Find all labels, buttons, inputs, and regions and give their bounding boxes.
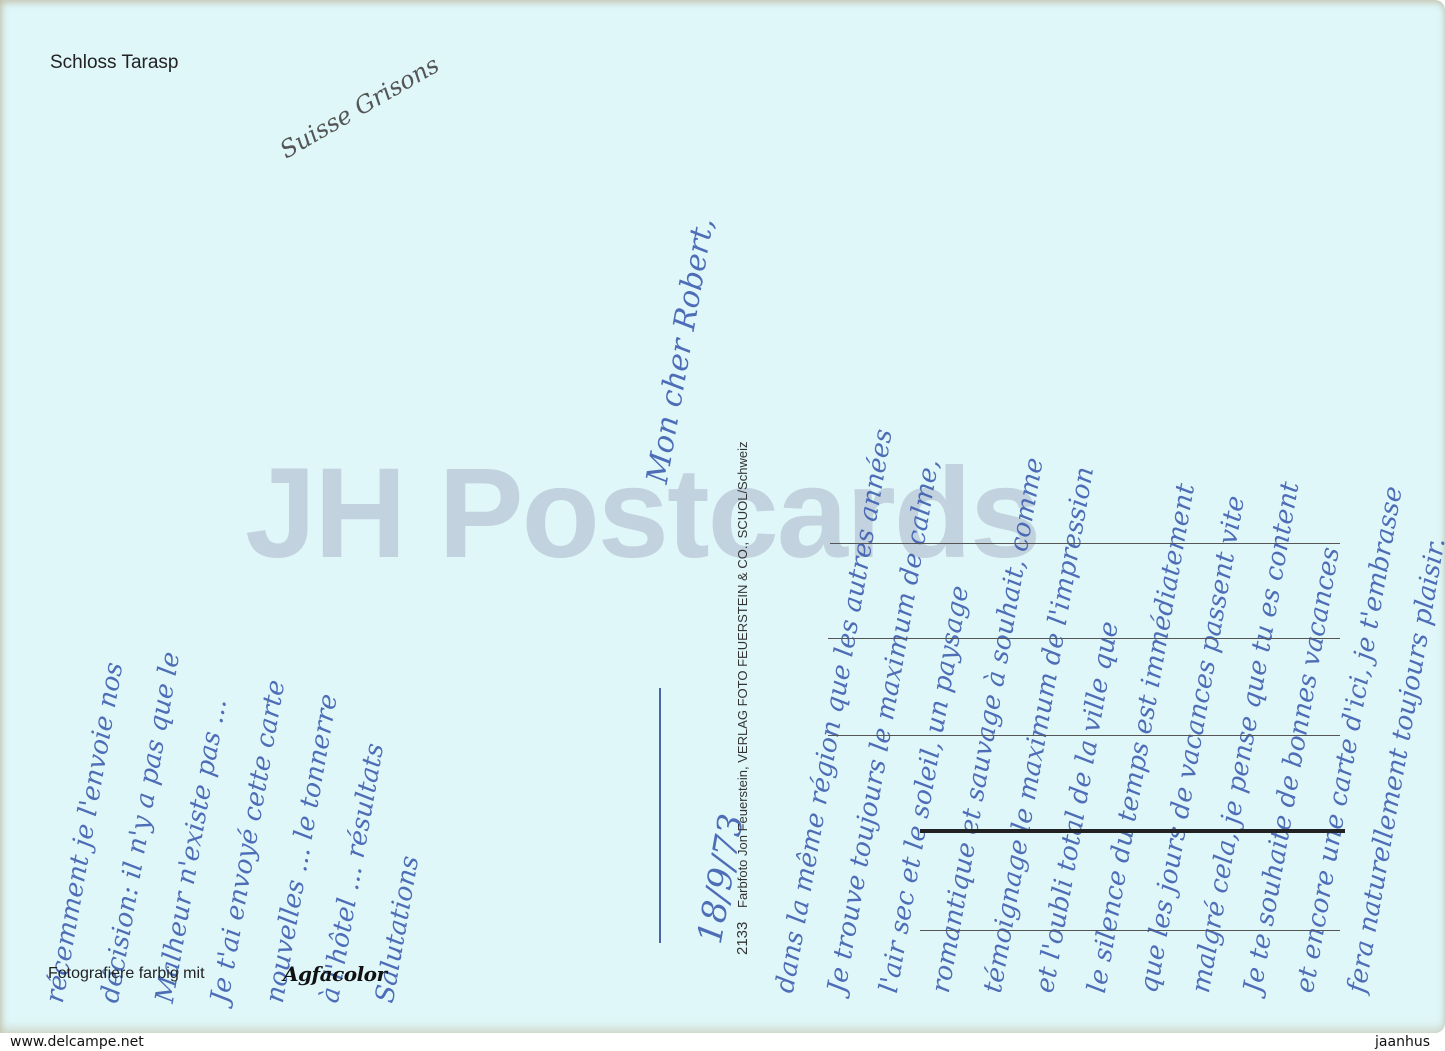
handwritten-location-note: Suisse Grisons [275,51,444,165]
photo-advert-text: Fotografiere farbig mit [48,965,205,983]
agfacolor-logo: Agfacolor [283,962,387,986]
source-site-label: www.delcampe.net [10,1034,144,1050]
postcard-back: JH Postcards Schloss Tarasp Suisse Griso… [0,0,1445,1033]
address-line [828,735,1340,736]
address-divider [659,688,661,943]
card-number: 2133 [734,922,751,955]
address-line-thick [920,829,1345,833]
address-line [828,638,1340,639]
address-line [830,543,1340,544]
address-line [920,930,1340,931]
publisher-imprint: 2133 Farbfoto Jon Feuerstein, VERLAG FOT… [734,442,751,955]
publisher-text: Farbfoto Jon Feuerstein, VERLAG FOTO FEU… [735,442,750,908]
seller-label: jaanhus [1375,1034,1430,1050]
postcard-title: Schloss Tarasp [50,52,179,74]
